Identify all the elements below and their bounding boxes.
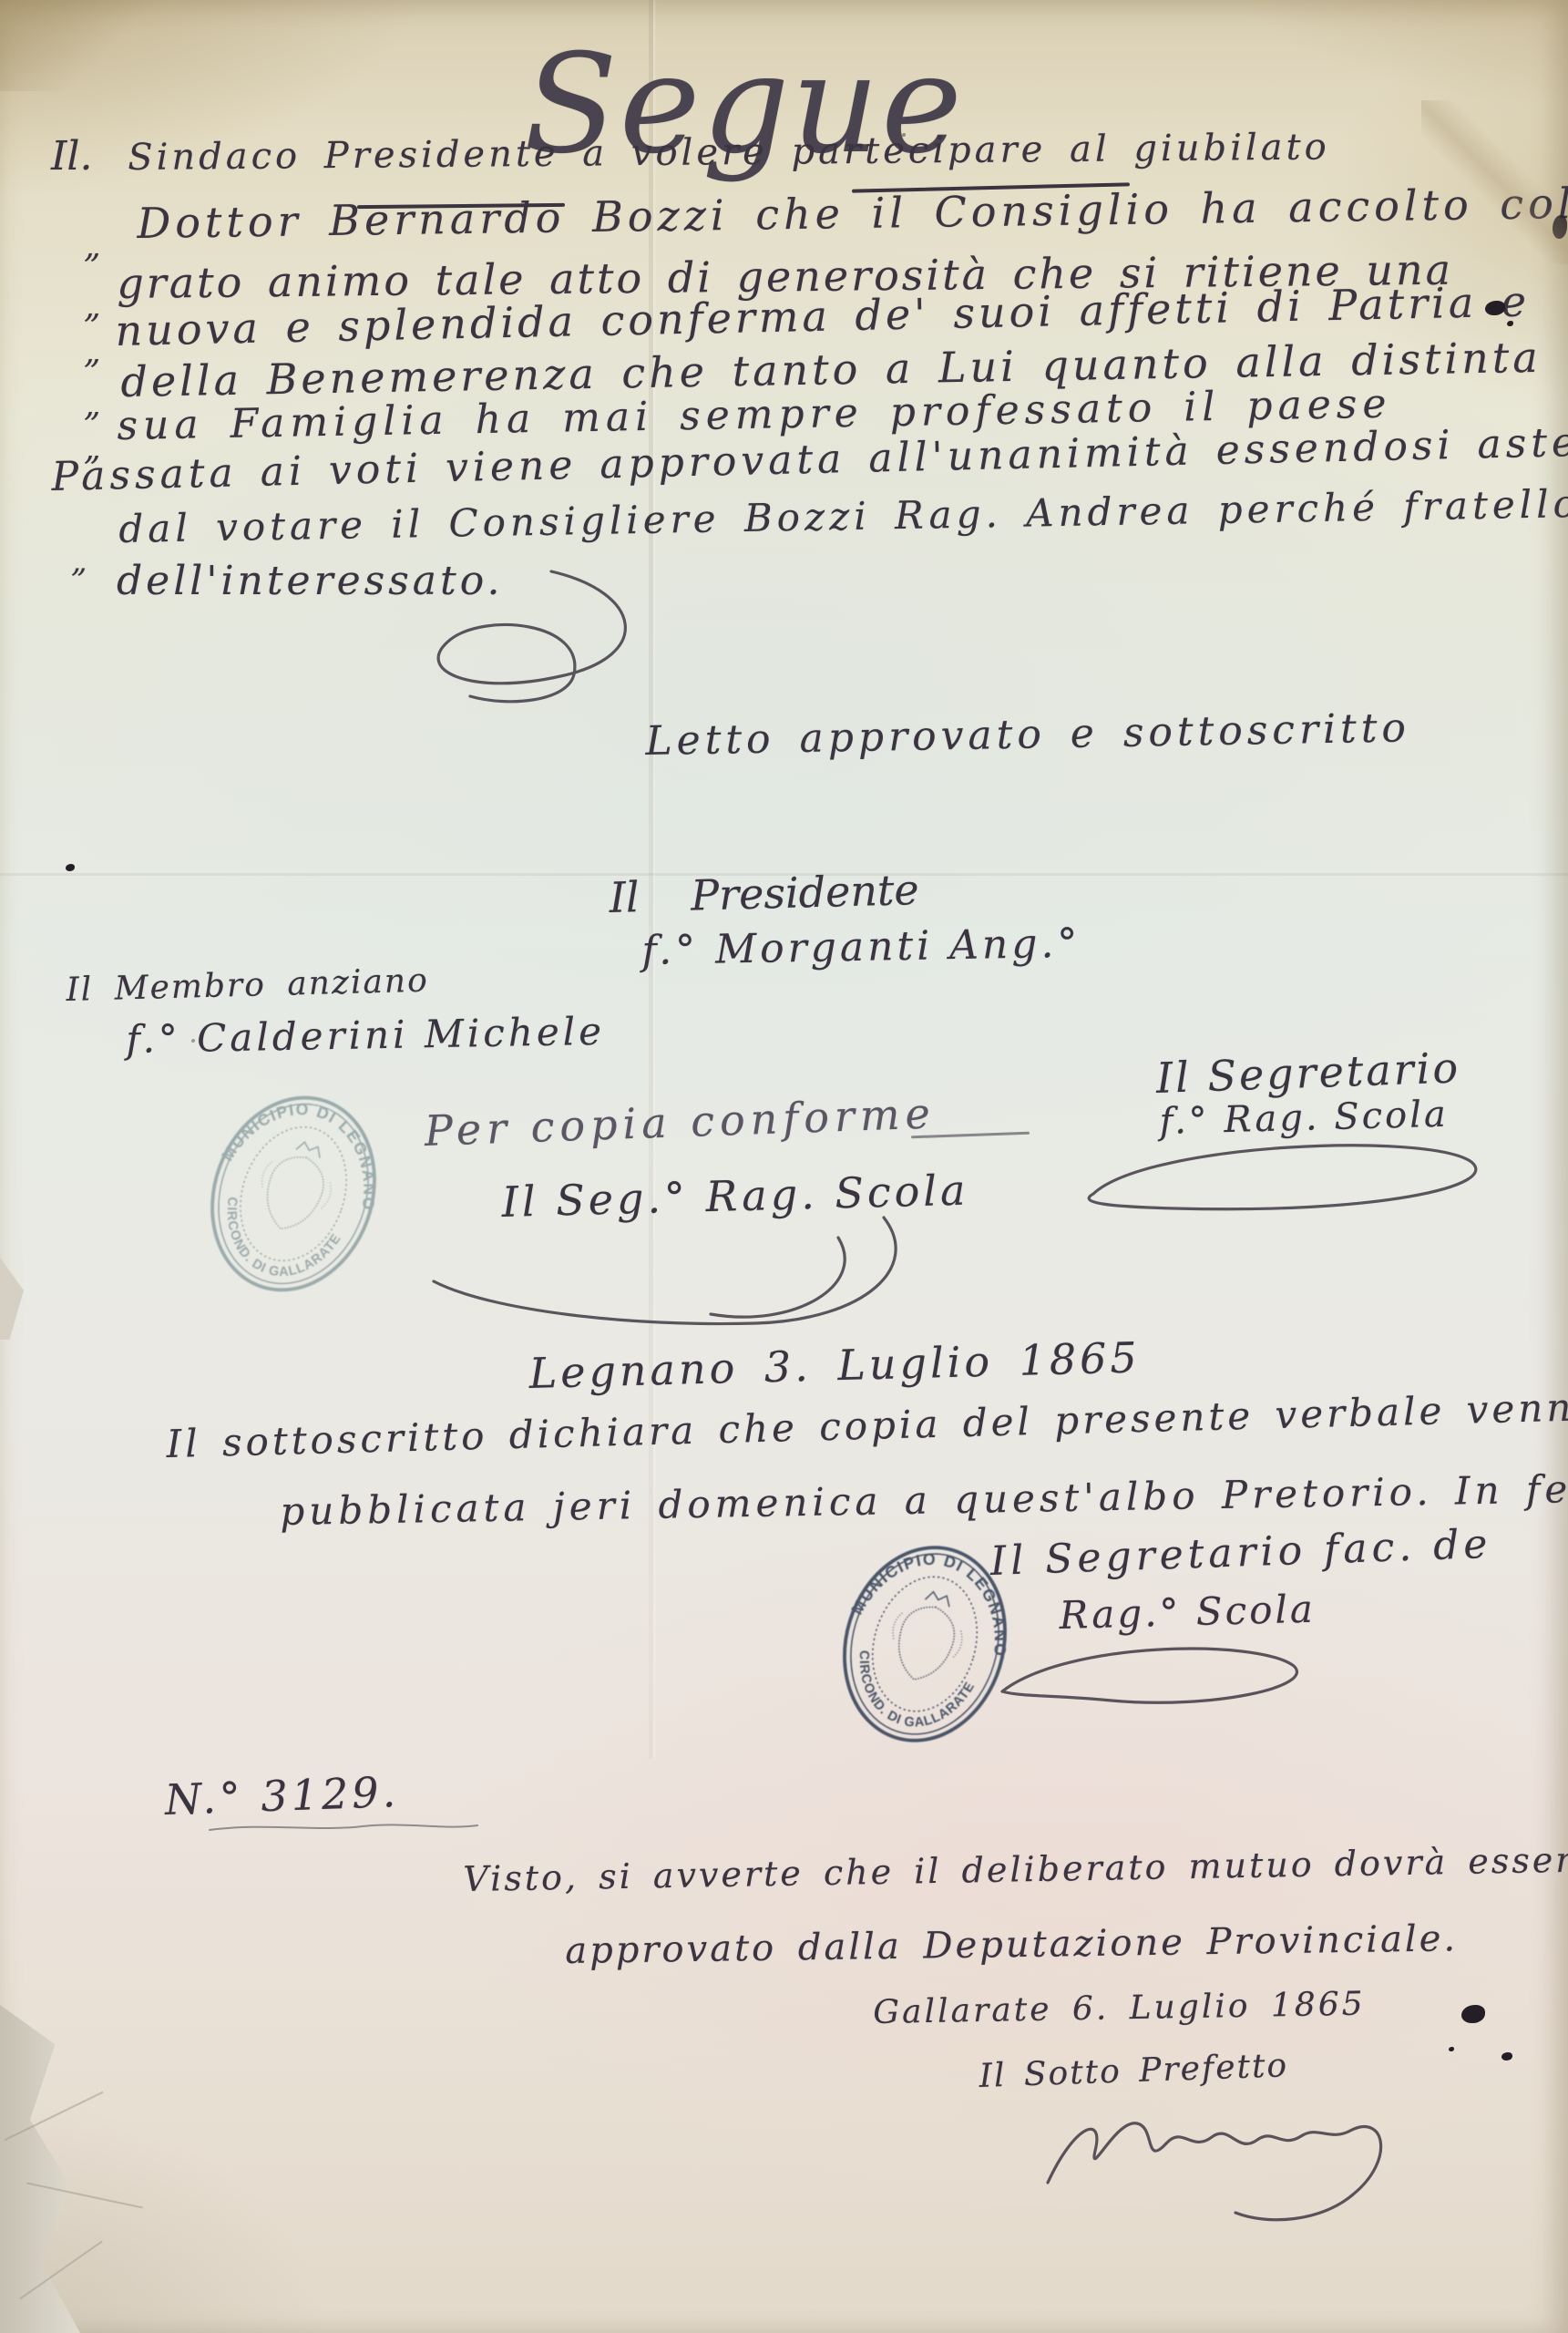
corner-shade: [0, 0, 155, 91]
president-role: Il Presidente: [609, 865, 919, 922]
pen-flourish: [364, 567, 665, 713]
margin-word: Il.: [51, 133, 92, 180]
pen-flourish: [410, 1210, 920, 1342]
ditto-mark: „: [84, 288, 101, 325]
publication-line: Il sottoscritto dichiara che copia del p…: [166, 1384, 1568, 1466]
document-page: Segue Il. Sindaco Presidente a volere pa…: [0, 0, 1568, 2333]
pen-flourish: [1066, 1130, 1503, 1230]
subprefect-role: Il Sotto Prefetto: [979, 2047, 1289, 2095]
manuscript-line: Sindaco Presidente a volere partecipare …: [128, 126, 1330, 179]
subprefect-signature-squiggle: [1030, 2096, 1412, 2233]
copy-statement: Per copia conforme: [424, 1088, 937, 1156]
pen-flourish: [984, 1637, 1330, 1737]
president-signature: f.° Morganti Ang.°: [641, 920, 1081, 974]
ink-blot: [66, 864, 75, 871]
senior-member-role: Il Membro anziano: [66, 962, 429, 1009]
publication-line: pubblicata jeri domenica a quest'albo Pr…: [280, 1465, 1568, 1534]
closing-line: Letto approvato e sottoscritto: [645, 704, 1410, 765]
municipal-stamp: MUNICIPIO DI LEGNANO CIRCOND. DI GALLARA…: [169, 1056, 418, 1331]
svg-text:CIRCOND. DI GALLARATE: CIRCOND. DI GALLARATE: [204, 1193, 346, 1299]
ink-blot: [1461, 2005, 1485, 2023]
senior-member-signature: f.° Calderini Michele: [126, 1009, 605, 1062]
protocol-number: N.° 3129.: [164, 1767, 400, 1824]
acting-secretary-signature: Rag.° Scola: [1059, 1587, 1316, 1638]
ditto-mark: „: [71, 543, 87, 580]
ditto-mark: „: [84, 334, 101, 371]
visto-line: approvato dalla Deputazione Provinciale.: [565, 1917, 1458, 1972]
torn-edge: [0, 1258, 24, 1340]
pen-flourish: [208, 1821, 481, 1835]
manuscript-line: Dottor Bernardo Bozzi che il Consiglio h…: [137, 177, 1568, 248]
place-date-gallarate: Gallarate 6. Luglio 1865: [873, 1986, 1366, 2031]
ditto-mark: „: [84, 386, 101, 424]
stamp-bottom-text: CIRCOND. DI GALLARATE: [204, 1193, 346, 1299]
visto-line: Visto, si avverte che il deliberato mutu…: [463, 1839, 1568, 1899]
corner-crease: [1421, 100, 1568, 264]
ditto-mark: „: [84, 228, 101, 265]
ink-blot: [1449, 2047, 1454, 2051]
ink-blot: [1501, 2052, 1512, 2061]
place-date-legnano: Legnano 3. Luglio 1865: [528, 1332, 1141, 1398]
torn-edge: [0, 2005, 100, 2333]
acting-secretary-role: Il Segretario fac. de: [989, 1521, 1492, 1585]
